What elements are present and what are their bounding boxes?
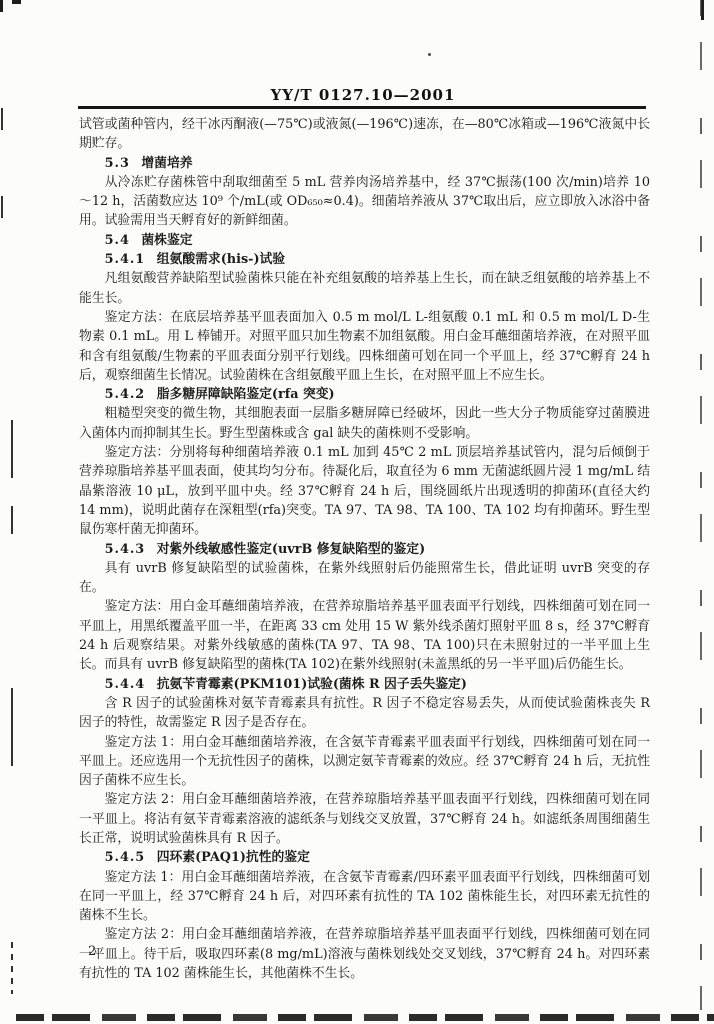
section-number: 5.4.5 [105, 850, 146, 865]
scan-speck [428, 53, 431, 56]
scan-left-mark-5 [11, 688, 13, 766]
scan-left-mark-4 [11, 506, 13, 534]
paragraph: 粗糙型突变的微生物，其细胞表面一层脂多糖屏障已经破坏，因此一些大分子物质能穿过菌… [79, 404, 650, 443]
section-heading-5-4-3: 5.4.3对紫外线敏感性鉴定(uvrB 修复缺陷型的鉴定) [79, 540, 650, 559]
section-title: 增菌培养 [141, 156, 192, 171]
paragraph: 鉴定方法：在底层培养基平皿表面加入 0.5 m mol/L L-组氨酸 0.1 … [79, 308, 650, 385]
section-number: 5.3 [105, 156, 130, 171]
document-body: 试管或菌种管内，经干冰丙酮液(—75℃)或液氮(—196℃)速冻，在—80℃冰箱… [79, 115, 650, 983]
scan-left-mark-6 [11, 942, 13, 994]
paragraph: 鉴定方法 2：用白金耳蘸细菌培养液，在营养琼脂培养基平皿表面平行划线，四株细菌可… [79, 925, 650, 983]
scan-mark-top-left [12, 0, 21, 4]
scan-left-mark-1 [1, 108, 3, 130]
section-title: 组氨酸需求(his-)试验 [157, 252, 285, 267]
section-heading-5-3: 5.3增菌培养 [79, 154, 650, 173]
section-title: 四环素(PAQ1)抗性的鉴定 [157, 850, 310, 865]
section-heading-5-4-4: 5.4.4抗氨苄青霉素(PKM101)试验(菌株 R 因子丢失鉴定) [79, 675, 650, 694]
page-number: 2 [88, 944, 96, 959]
section-number: 5.4.4 [105, 677, 146, 692]
scan-mark-top-left-edge [0, 0, 3, 12]
paragraph: 鉴定方法 2：用白金耳蘸细菌培养液，在营养琼脂培养基平皿表面平行划线，四株细菌可… [79, 790, 650, 848]
paragraph: 凡组氨酸营养缺陷型试验菌株只能在补充组氨酸的培养基上生长，而在缺乏组氨酸的培养基… [79, 269, 650, 308]
section-heading-5-4-1: 5.4.1组氨酸需求(his-)试验 [79, 250, 650, 269]
paragraph: 鉴定方法：用白金耳蘸细菌培养液，在营养琼脂培养基平皿表面平行划线，四株细菌可划在… [79, 597, 650, 674]
scan-bottom-edge-band [16, 1014, 714, 1021]
section-number: 5.4.2 [105, 387, 146, 402]
paragraph: 具有 uvrB 修复缺陷型的试验菌株，在紫外线照射后仍能照常生长，借此证明 uv… [79, 559, 650, 598]
section-heading-5-4-5: 5.4.5四环素(PAQ1)抗性的鉴定 [79, 848, 650, 867]
section-number: 5.4.3 [105, 542, 146, 557]
section-title: 脂多糖屏障缺陷鉴定(rfa 突变) [157, 387, 335, 402]
section-number: 5.4.1 [105, 252, 146, 267]
scan-left-mark-2 [1, 196, 3, 218]
section-number: 5.4 [105, 233, 130, 248]
section-title: 对紫外线敏感性鉴定(uvrB 修复缺陷型的鉴定) [157, 542, 425, 557]
paragraph: 从冷冻贮存菌株管中刮取细菌至 5 mL 营养肉汤培养基中，经 37℃振荡(100… [79, 173, 650, 231]
paragraph: 鉴定方法：分别将每种细菌培养液 0.1 mL 加到 45℃ 2 mL 顶层培养基… [79, 443, 650, 539]
header-rule [78, 106, 646, 109]
paragraph-continuation: 试管或菌种管内，经干冰丙酮液(—75℃)或液氮(—196℃)速冻，在—80℃冰箱… [79, 115, 650, 154]
paragraph: 含 R 因子的试验菌株对氨苄青霉素具有抗性。R 因子不稳定容易丢失，从而使试验菌… [79, 694, 650, 733]
scan-left-mark-3 [11, 420, 13, 478]
scan-right-edge-line [700, 0, 702, 1010]
section-title: 菌株鉴定 [141, 233, 192, 248]
scanned-document-page: YY/T 0127.10—2001 试管或菌种管内，经干冰丙酮液(—75℃)或液… [0, 0, 714, 1024]
paragraph: 鉴定方法 1：用白金耳蘸细菌培养液，在含氨苄青霉素/四环素平皿表面平行划线，四株… [79, 868, 650, 926]
section-heading-5-4: 5.4菌株鉴定 [79, 231, 650, 250]
section-title: 抗氨苄青霉素(PKM101)试验(菌株 R 因子丢失鉴定) [157, 677, 467, 692]
section-heading-5-4-2: 5.4.2脂多糖屏障缺陷鉴定(rfa 突变) [79, 385, 650, 404]
standard-code-header: YY/T 0127.10—2001 [78, 86, 648, 104]
paragraph: 鉴定方法 1：用白金耳蘸细菌培养液，在含氨苄青霉素平皿表面平行划线，四株细菌可划… [79, 733, 650, 791]
